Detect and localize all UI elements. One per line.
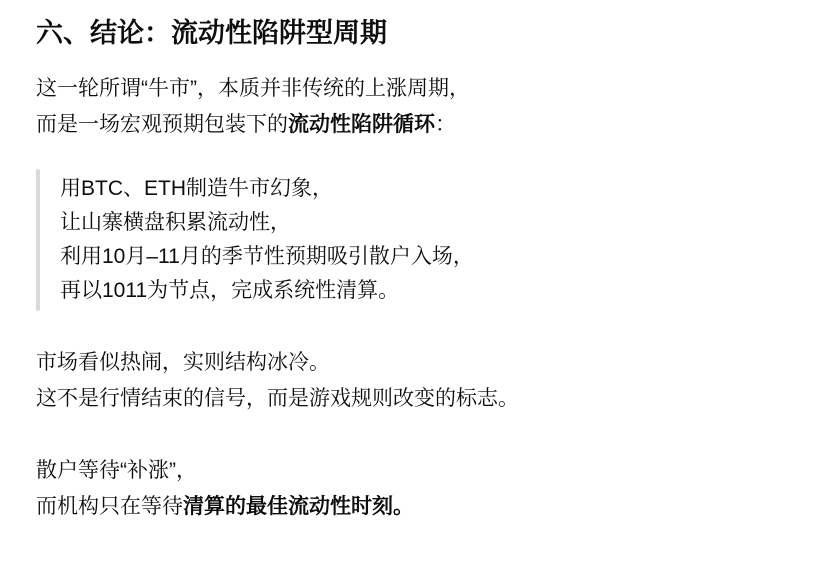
closing-line-2-prefix: 而机构只在等待 bbox=[36, 495, 183, 518]
quote-line-2: 让山寨横盘积累流动性， bbox=[60, 211, 291, 234]
intro-line-2-bold: 流动性陷阱循环 bbox=[288, 113, 435, 136]
closing-line-2-bold: 清算的最佳流动性时刻。 bbox=[183, 495, 414, 518]
closing-line-1: 散户等待“补涨”， bbox=[36, 459, 197, 482]
quote-line-4: 再以1011为节点，完成系统性清算。 bbox=[60, 279, 399, 302]
intro-line-1: 这一轮所谓“牛市”，本质并非传统的上涨周期， bbox=[36, 77, 470, 100]
closing-paragraph: 散户等待“补涨”， 而机构只在等待清算的最佳流动性时刻。 bbox=[36, 453, 792, 525]
section-heading: 六、结论：流动性陷阱型周期 bbox=[36, 16, 792, 50]
quote-line-1: 用BTC、ETH制造牛市幻象， bbox=[60, 177, 333, 200]
article-content: 六、结论：流动性陷阱型周期 这一轮所谓“牛市”，本质并非传统的上涨周期， 而是一… bbox=[0, 0, 828, 525]
quote-line-3: 利用10月–11月的季节性预期吸引散户入场， bbox=[60, 245, 474, 268]
observation-line-2: 这不是行情结束的信号，而是游戏规则改变的标志。 bbox=[36, 387, 519, 410]
intro-line-2-suffix: ： bbox=[435, 113, 456, 136]
quote-block: 用BTC、ETH制造牛市幻象， 让山寨横盘积累流动性， 利用10月–11月的季节… bbox=[36, 169, 792, 311]
observation-paragraph: 市场看似热闹，实则结构冰冷。 这不是行情结束的信号，而是游戏规则改变的标志。 bbox=[36, 345, 792, 417]
quote-left-border bbox=[36, 169, 40, 311]
observation-line-1: 市场看似热闹，实则结构冰冷。 bbox=[36, 351, 330, 374]
intro-paragraph: 这一轮所谓“牛市”，本质并非传统的上涨周期， 而是一场宏观预期包装下的流动性陷阱… bbox=[36, 71, 792, 143]
quote-paragraph: 用BTC、ETH制造牛市幻象， 让山寨横盘积累流动性， 利用10月–11月的季节… bbox=[60, 172, 792, 308]
intro-line-2-prefix: 而是一场宏观预期包装下的 bbox=[36, 113, 288, 136]
